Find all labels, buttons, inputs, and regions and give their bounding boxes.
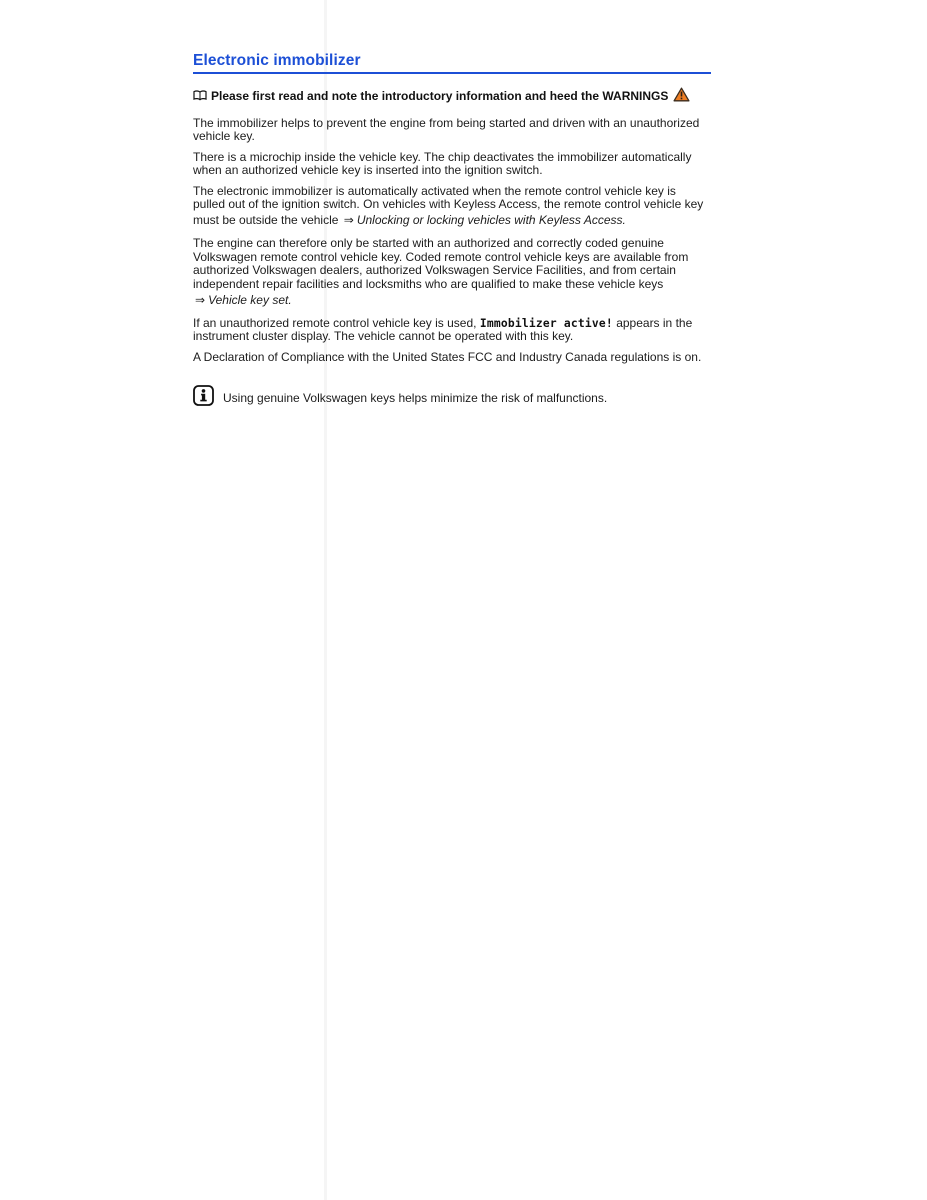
cross-reference-title: Vehicle key set.	[208, 293, 292, 307]
paragraph-text: If an unauthorized remote control vehicl…	[193, 316, 480, 330]
info-icon	[193, 385, 214, 411]
paragraph-coded-keys: The engine can therefore only be started…	[193, 237, 711, 310]
cross-reference-arrow-icon: ⇒	[195, 293, 205, 307]
page-title: Electronic immobilizer	[193, 52, 711, 69]
cross-reference: ⇒Vehicle key set.	[193, 293, 292, 307]
paragraph-activation: The electronic immobilizer is automatica…	[193, 185, 711, 231]
paragraph-microchip: There is a microchip inside the vehicle …	[193, 151, 711, 178]
page-content: Electronic immobilizer Please first read…	[193, 52, 711, 411]
info-note: Using genuine Volkswagen keys helps mini…	[193, 385, 711, 411]
cross-reference-arrow-icon: ⇒	[344, 213, 354, 227]
intro-text: Please first read and note the introduct…	[211, 89, 668, 103]
instrument-cluster-message: Immobilizer active!	[480, 317, 613, 330]
paragraph-unauthorized-key: If an unauthorized remote control vehicl…	[193, 317, 711, 344]
intro-line: Please first read and note the introduct…	[193, 87, 711, 105]
cross-reference-title: Unlocking or locking vehicles with Keyle…	[357, 213, 626, 227]
warning-triangle-icon	[673, 87, 690, 105]
paragraph-text: The engine can therefore only be started…	[193, 236, 688, 290]
open-book-icon	[193, 90, 207, 104]
cross-reference: ⇒Unlocking or locking vehicles with Keyl…	[342, 213, 626, 227]
manual-page: Electronic immobilizer Please first read…	[0, 0, 927, 1200]
paragraph-compliance: A Declaration of Compliance with the Uni…	[193, 351, 711, 364]
note-text: Using genuine Volkswagen keys helps mini…	[223, 392, 607, 405]
title-rule	[193, 72, 711, 74]
paragraph-immobilizer-purpose: The immobilizer helps to prevent the eng…	[193, 117, 711, 144]
